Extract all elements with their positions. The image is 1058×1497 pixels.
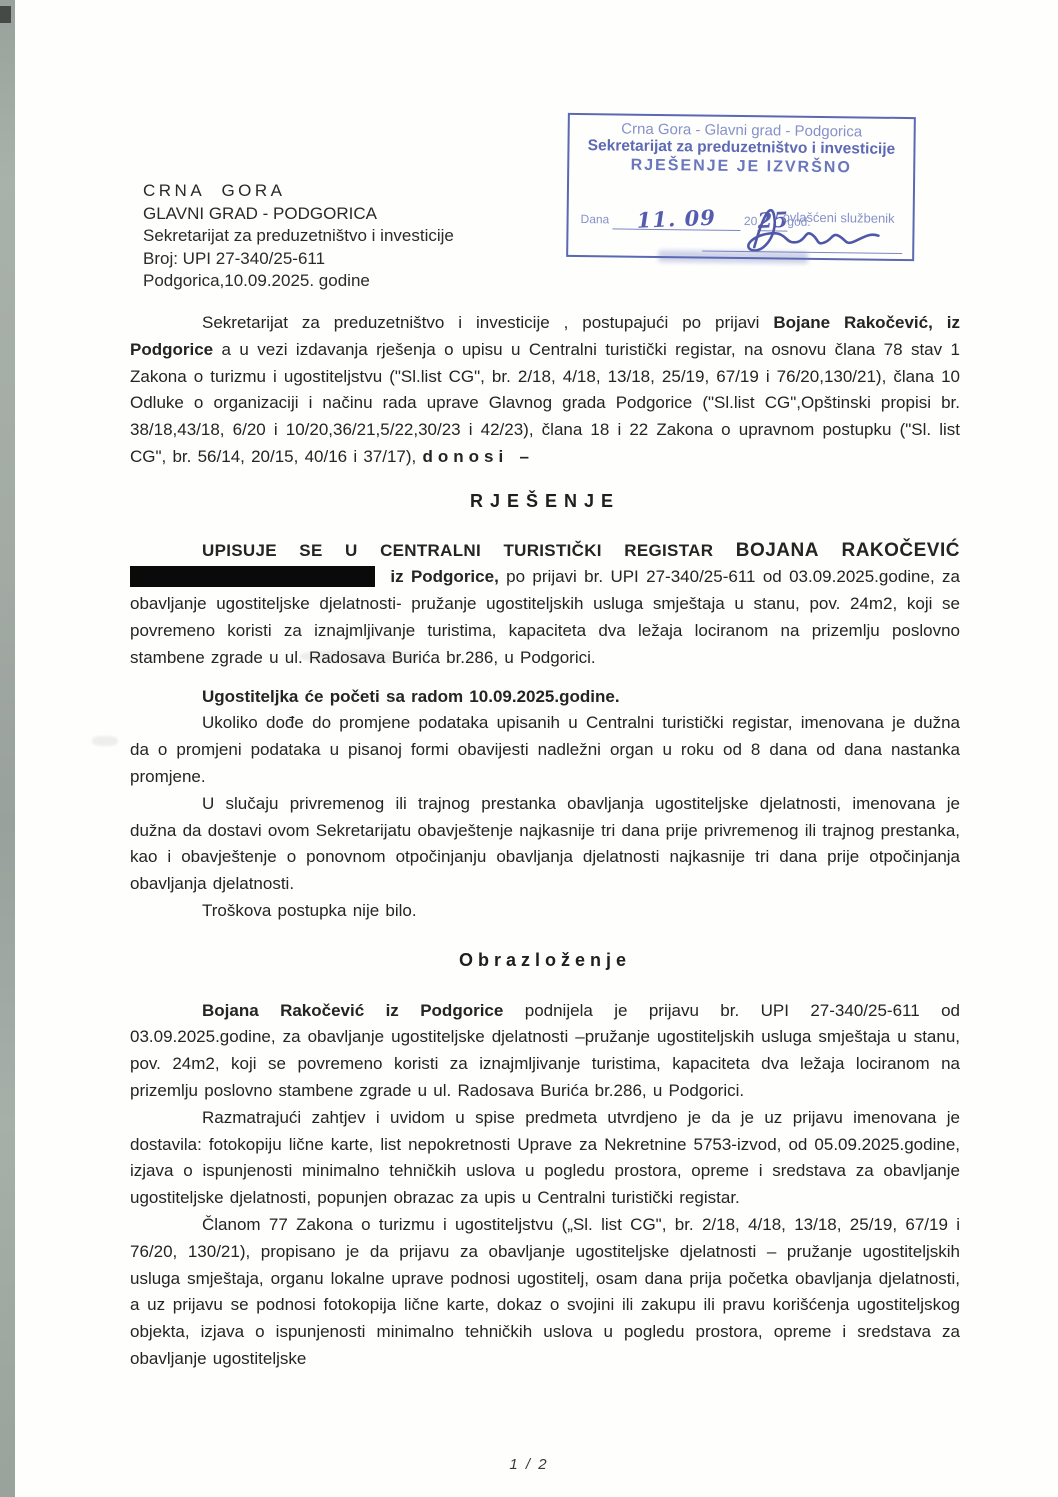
rationale-paragraph-2: Razmatrajući zahtjev i uvidom u spise pr…	[130, 1105, 960, 1212]
letterhead-city: GLAVNI GRAD - PODGORICA	[143, 203, 454, 226]
intro-post: a u vezi izdavanja rješenja o upisu u Ce…	[130, 340, 960, 466]
stamp-date-label: Dana	[581, 212, 610, 226]
upisuje-se-lead: UPISUJE SE U CENTRALNI TURISTIČKI REGIST…	[202, 541, 736, 560]
applicant-name-caps: BOJANA RAKOČEVIĆ	[736, 540, 960, 561]
page-number: 1 / 2	[0, 1456, 1058, 1473]
iz-podgorice: iz Podgorice,	[383, 567, 506, 586]
stamp-enforceable-line: RJEŠENJE JE IZVRŠNO	[569, 156, 913, 178]
scan-artifact-mark	[0, 6, 11, 23]
cease-notice-paragraph: U slučaju privremenog ili trajnog presta…	[130, 791, 960, 898]
applicant-name-rationale: Bojana Rakočević iz Podgorice	[202, 1001, 503, 1020]
letterhead-place-date: Podgorica,10.09.2025. godine	[143, 270, 454, 293]
letterhead: CRNA GORA GLAVNI GRAD - PODGORICA Sekret…	[143, 180, 454, 293]
faded-stamp-residue	[658, 250, 808, 264]
rationale-heading: Obrazloženje	[130, 947, 960, 974]
decision-heading: RJEŠENJE	[130, 488, 960, 515]
handwritten-date: 11. 09	[637, 205, 717, 233]
redaction-bar	[130, 566, 375, 587]
letterhead-case-number: Broj: UPI 27-340/25-611	[143, 248, 454, 271]
stamp-date-blank: 11. 09	[613, 203, 741, 231]
intro-pre: Sekretarijat za preduzetništvo i investi…	[202, 313, 773, 332]
rationale-paragraph-1: Bojana Rakočević iz Podgorice podnijela …	[130, 998, 960, 1105]
letterhead-country: CRNA GORA	[143, 180, 454, 203]
document-body: Sekretarijat za preduzetništvo i investi…	[130, 310, 960, 1373]
donosi-word: donosi –	[423, 447, 534, 466]
intro-paragraph: Sekretarijat za preduzetništvo i investi…	[130, 310, 960, 471]
start-date-line: Ugostiteljka će početi sa radom 10.09.20…	[130, 684, 960, 711]
scanner-edge-strip	[0, 0, 15, 1497]
registration-paragraph: UPISUJE SE U CENTRALNI TURISTIČKI REGIST…	[130, 538, 960, 672]
costs-line: Troškova postupka nije bilo.	[130, 898, 960, 925]
enforceability-stamp: Crna Gora - Glavni grad - Podgorica Sekr…	[566, 113, 916, 261]
letterhead-department: Sekretarijat za preduzetništvo i investi…	[143, 225, 454, 248]
scan-smudge	[92, 736, 118, 746]
change-notice-paragraph: Ukoliko dođe do promjene podataka upisan…	[130, 710, 960, 790]
scanned-document-page: CRNA GORA GLAVNI GRAD - PODGORICA Sekret…	[0, 0, 1058, 1497]
rationale-paragraph-3: Članom 77 Zakona o turizmu i ugostiteljs…	[130, 1212, 960, 1373]
